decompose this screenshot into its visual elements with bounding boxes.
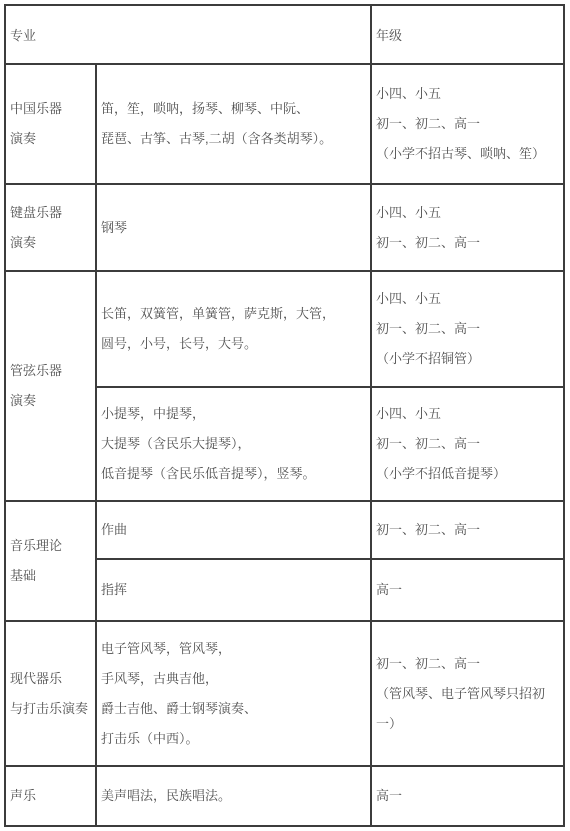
cell-category-music-theory: 音乐理论基础 <box>5 501 96 621</box>
cell-category-keyboard: 键盘乐器演奏 <box>5 184 96 271</box>
cell-grades-keyboard: 小四、小五初一、初二、高一 <box>371 184 564 271</box>
cell-instruments-modern: 电子管风琴，管风琴，手风琴，古典吉他，爵士吉他、爵士钢琴演奏、打击乐（中西）。 <box>96 621 371 766</box>
row-modern-instruments: 现代器乐与打击乐演奏 电子管风琴，管风琴，手风琴，古典吉他，爵士吉他、爵士钢琴演… <box>5 621 564 766</box>
cell-grades-strings: 小四、小五初一、初二、高一（小学不招低音提琴） <box>371 387 564 501</box>
cell-grades-composition: 初一、初二、高一 <box>371 501 564 559</box>
header-cell-grade: 年级 <box>371 5 564 64</box>
cell-instruments-winds: 长笛，双簧管，单簧管，萨克斯，大管，圆号，小号，长号，大号。 <box>96 271 371 387</box>
cell-grades-conducting: 高一 <box>371 559 564 621</box>
row-vocal: 声乐 美声唱法，民族唱法。 高一 <box>5 766 564 826</box>
cell-instruments-keyboard: 钢琴 <box>96 184 371 271</box>
admissions-table: 专业 年级 中国乐器演奏 笛，笙，唢呐，扬琴、柳琴、中阮、琵琶、古筝、古琴,二胡… <box>4 4 565 827</box>
cell-grades-modern: 初一、初二、高一（管风琴、电子管风琴只招初一） <box>371 621 564 766</box>
cell-instruments-chinese: 笛，笙，唢呐，扬琴、柳琴、中阮、琵琶、古筝、古琴,二胡（含各类胡琴）。 <box>96 64 371 184</box>
cell-instruments-composition: 作曲 <box>96 501 371 559</box>
cell-grades-vocal: 高一 <box>371 766 564 826</box>
header-cell-major: 专业 <box>5 5 371 64</box>
cell-category-vocal: 声乐 <box>5 766 96 826</box>
cell-category-orchestral: 管弦乐器演奏 <box>5 271 96 501</box>
row-chinese-instruments: 中国乐器演奏 笛，笙，唢呐，扬琴、柳琴、中阮、琵琶、古筝、古琴,二胡（含各类胡琴… <box>5 64 564 184</box>
cell-instruments-strings: 小提琴，中提琴，大提琴（含民乐大提琴），低音提琴（含民乐低音提琴），竖琴。 <box>96 387 371 501</box>
header-row: 专业 年级 <box>5 5 564 64</box>
row-composition: 音乐理论基础 作曲 初一、初二、高一 <box>5 501 564 559</box>
row-keyboard-instruments: 键盘乐器演奏 钢琴 小四、小五初一、初二、高一 <box>5 184 564 271</box>
row-orchestral-winds: 管弦乐器演奏 长笛，双簧管，单簧管，萨克斯，大管，圆号，小号，长号，大号。 小四… <box>5 271 564 387</box>
cell-grades-winds: 小四、小五初一、初二、高一（小学不招铜管） <box>371 271 564 387</box>
cell-category-chinese-instruments: 中国乐器演奏 <box>5 64 96 184</box>
cell-category-modern: 现代器乐与打击乐演奏 <box>5 621 96 766</box>
cell-grades-chinese: 小四、小五初一、初二、高一（小学不招古琴、唢呐、笙） <box>371 64 564 184</box>
cell-instruments-conducting: 指挥 <box>96 559 371 621</box>
cell-instruments-vocal: 美声唱法，民族唱法。 <box>96 766 371 826</box>
page: 专业 年级 中国乐器演奏 笛，笙，唢呐，扬琴、柳琴、中阮、琵琶、古筝、古琴,二胡… <box>0 0 570 831</box>
